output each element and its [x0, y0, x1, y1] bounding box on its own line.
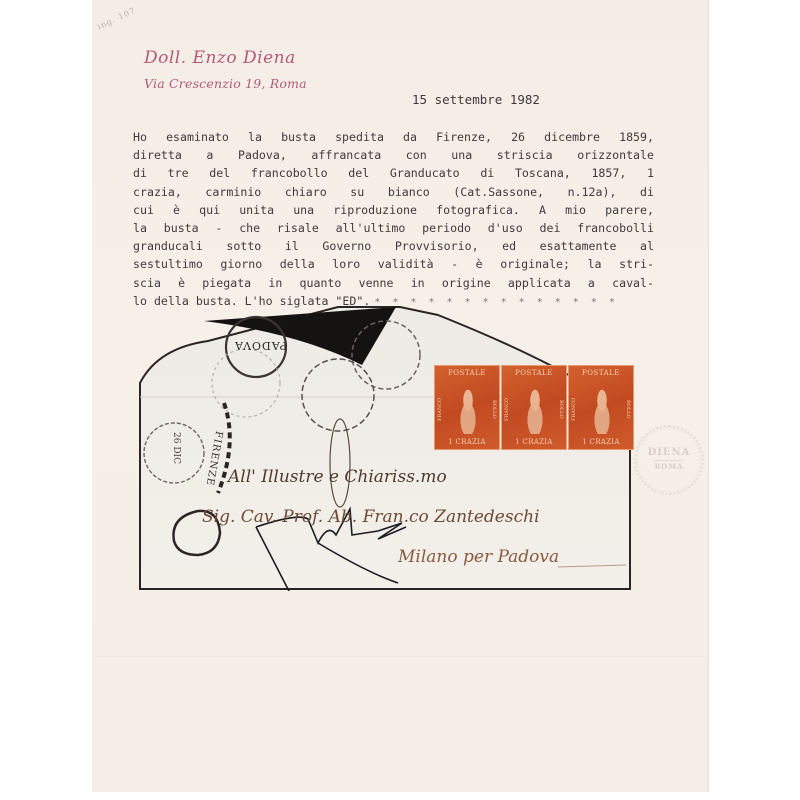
- body-line: sestultimo giorno della loro validità - …: [133, 255, 654, 273]
- marzocco-lion-icon: [520, 386, 550, 434]
- stamp-2: POSTALE FRANCO BOLLO 1 CRAZIA: [501, 365, 567, 450]
- certificate-body: Ho esaminato la busta spedita da Firenze…: [133, 128, 654, 312]
- embossed-seal: DIENA ROMA: [634, 425, 704, 495]
- address-line-2: Sig. Cav. Prof. Ab. Fran.co Zantedeschi: [202, 507, 540, 527]
- stamp-value-text: 1 CRAZIA: [569, 438, 633, 446]
- stamp-value-text: 1 CRAZIA: [435, 438, 499, 446]
- seal-city: ROMA: [654, 460, 684, 471]
- address-line-1: All' Illustre e Chiariss.mo: [228, 467, 447, 487]
- body-line: scia è piegata in quanto venne in origin…: [133, 274, 654, 292]
- body-line: la busta - che risale all'ultimo periodo…: [133, 219, 654, 237]
- postmark-padova-text: PADOVA: [234, 339, 287, 352]
- stamp-top-text: POSTALE: [569, 369, 633, 377]
- expert-address: Via Crescenzio 19, Roma: [144, 76, 307, 91]
- stamp-side-text: BOLLO: [558, 384, 564, 434]
- expert-name: Doll. Enzo Diena: [144, 48, 307, 68]
- body-line: diretta a Padova, affrancata con una str…: [133, 146, 654, 164]
- stamp-1: POSTALE FRANCO BOLLO 1 CRAZIA: [434, 365, 500, 450]
- stamp-top-text: POSTALE: [435, 369, 499, 377]
- stamp-3: POSTALE FRANCO BOLLO 1 CRAZIA: [568, 365, 634, 450]
- body-line: granducali sotto il Governo Provvisorio,…: [133, 237, 654, 255]
- certificate-date: 15 settembre 1982: [412, 92, 540, 107]
- postmark-date-text: 26 DIC: [171, 432, 181, 464]
- letterhead: Doll. Enzo Diena Via Crescenzio 19, Roma: [144, 48, 307, 91]
- stamp-value-text: 1 CRAZIA: [502, 438, 566, 446]
- stamp-side-text: FRANCO: [437, 384, 443, 434]
- paper-fold: [92, 656, 708, 658]
- certificate-paper: ing. 107 Doll. Enzo Diena Via Crescenzio…: [92, 0, 708, 792]
- address-line-3: Milano per Padova: [398, 547, 559, 567]
- seal-name: DIENA: [636, 447, 702, 458]
- stamp-side-text: BOLLO: [491, 384, 497, 434]
- stamp-side-text: BOLLO: [625, 384, 631, 434]
- stamp-top-text: POSTALE: [502, 369, 566, 377]
- body-line: cui è qui unita una riproduzione fotogra…: [133, 201, 654, 219]
- body-line: crazia, carminio chiaro su bianco (Cat.S…: [133, 183, 654, 201]
- pencil-note: ing. 107: [96, 6, 137, 32]
- stamp-side-text: FRANCO: [504, 384, 510, 434]
- body-line: Ho esaminato la busta spedita da Firenze…: [133, 128, 654, 146]
- body-line: di tre del francobollo del Granducato di…: [133, 164, 654, 182]
- stamp-side-text: FRANCO: [571, 384, 577, 434]
- envelope-photograph: POSTALE FRANCO BOLLO 1 CRAZIA POSTALE FR…: [138, 303, 686, 591]
- marzocco-lion-icon: [587, 386, 617, 434]
- marzocco-lion-icon: [453, 386, 483, 434]
